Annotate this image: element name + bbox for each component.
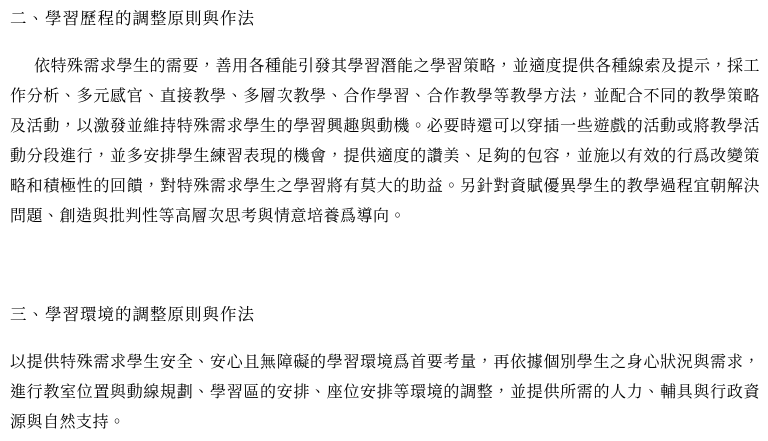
section-paragraph: 依特殊需求學生的需要，善用各種能引發其學習潛能之學習策略，並適度提供各種線索及提…	[10, 52, 760, 232]
document-page: 二、學習歷程的調整原則與作法 依特殊需求學生的需要，善用各種能引發其學習潛能之學…	[0, 0, 768, 441]
section-heading: 三、學習環境的調整原則與作法	[10, 304, 760, 326]
section-learning-process: 二、學習歷程的調整原則與作法 依特殊需求學生的需要，善用各種能引發其學習潛能之學…	[10, 8, 760, 232]
section-paragraph: 以提供特殊需求學生安全、安心且無障礙的學習環境爲首要考量，再依據個別學生之身心狀…	[10, 348, 760, 438]
section-learning-environment: 三、學習環境的調整原則與作法 以提供特殊需求學生安全、安心且無障礙的學習環境爲首…	[10, 304, 760, 438]
section-heading: 二、學習歷程的調整原則與作法	[10, 8, 760, 30]
